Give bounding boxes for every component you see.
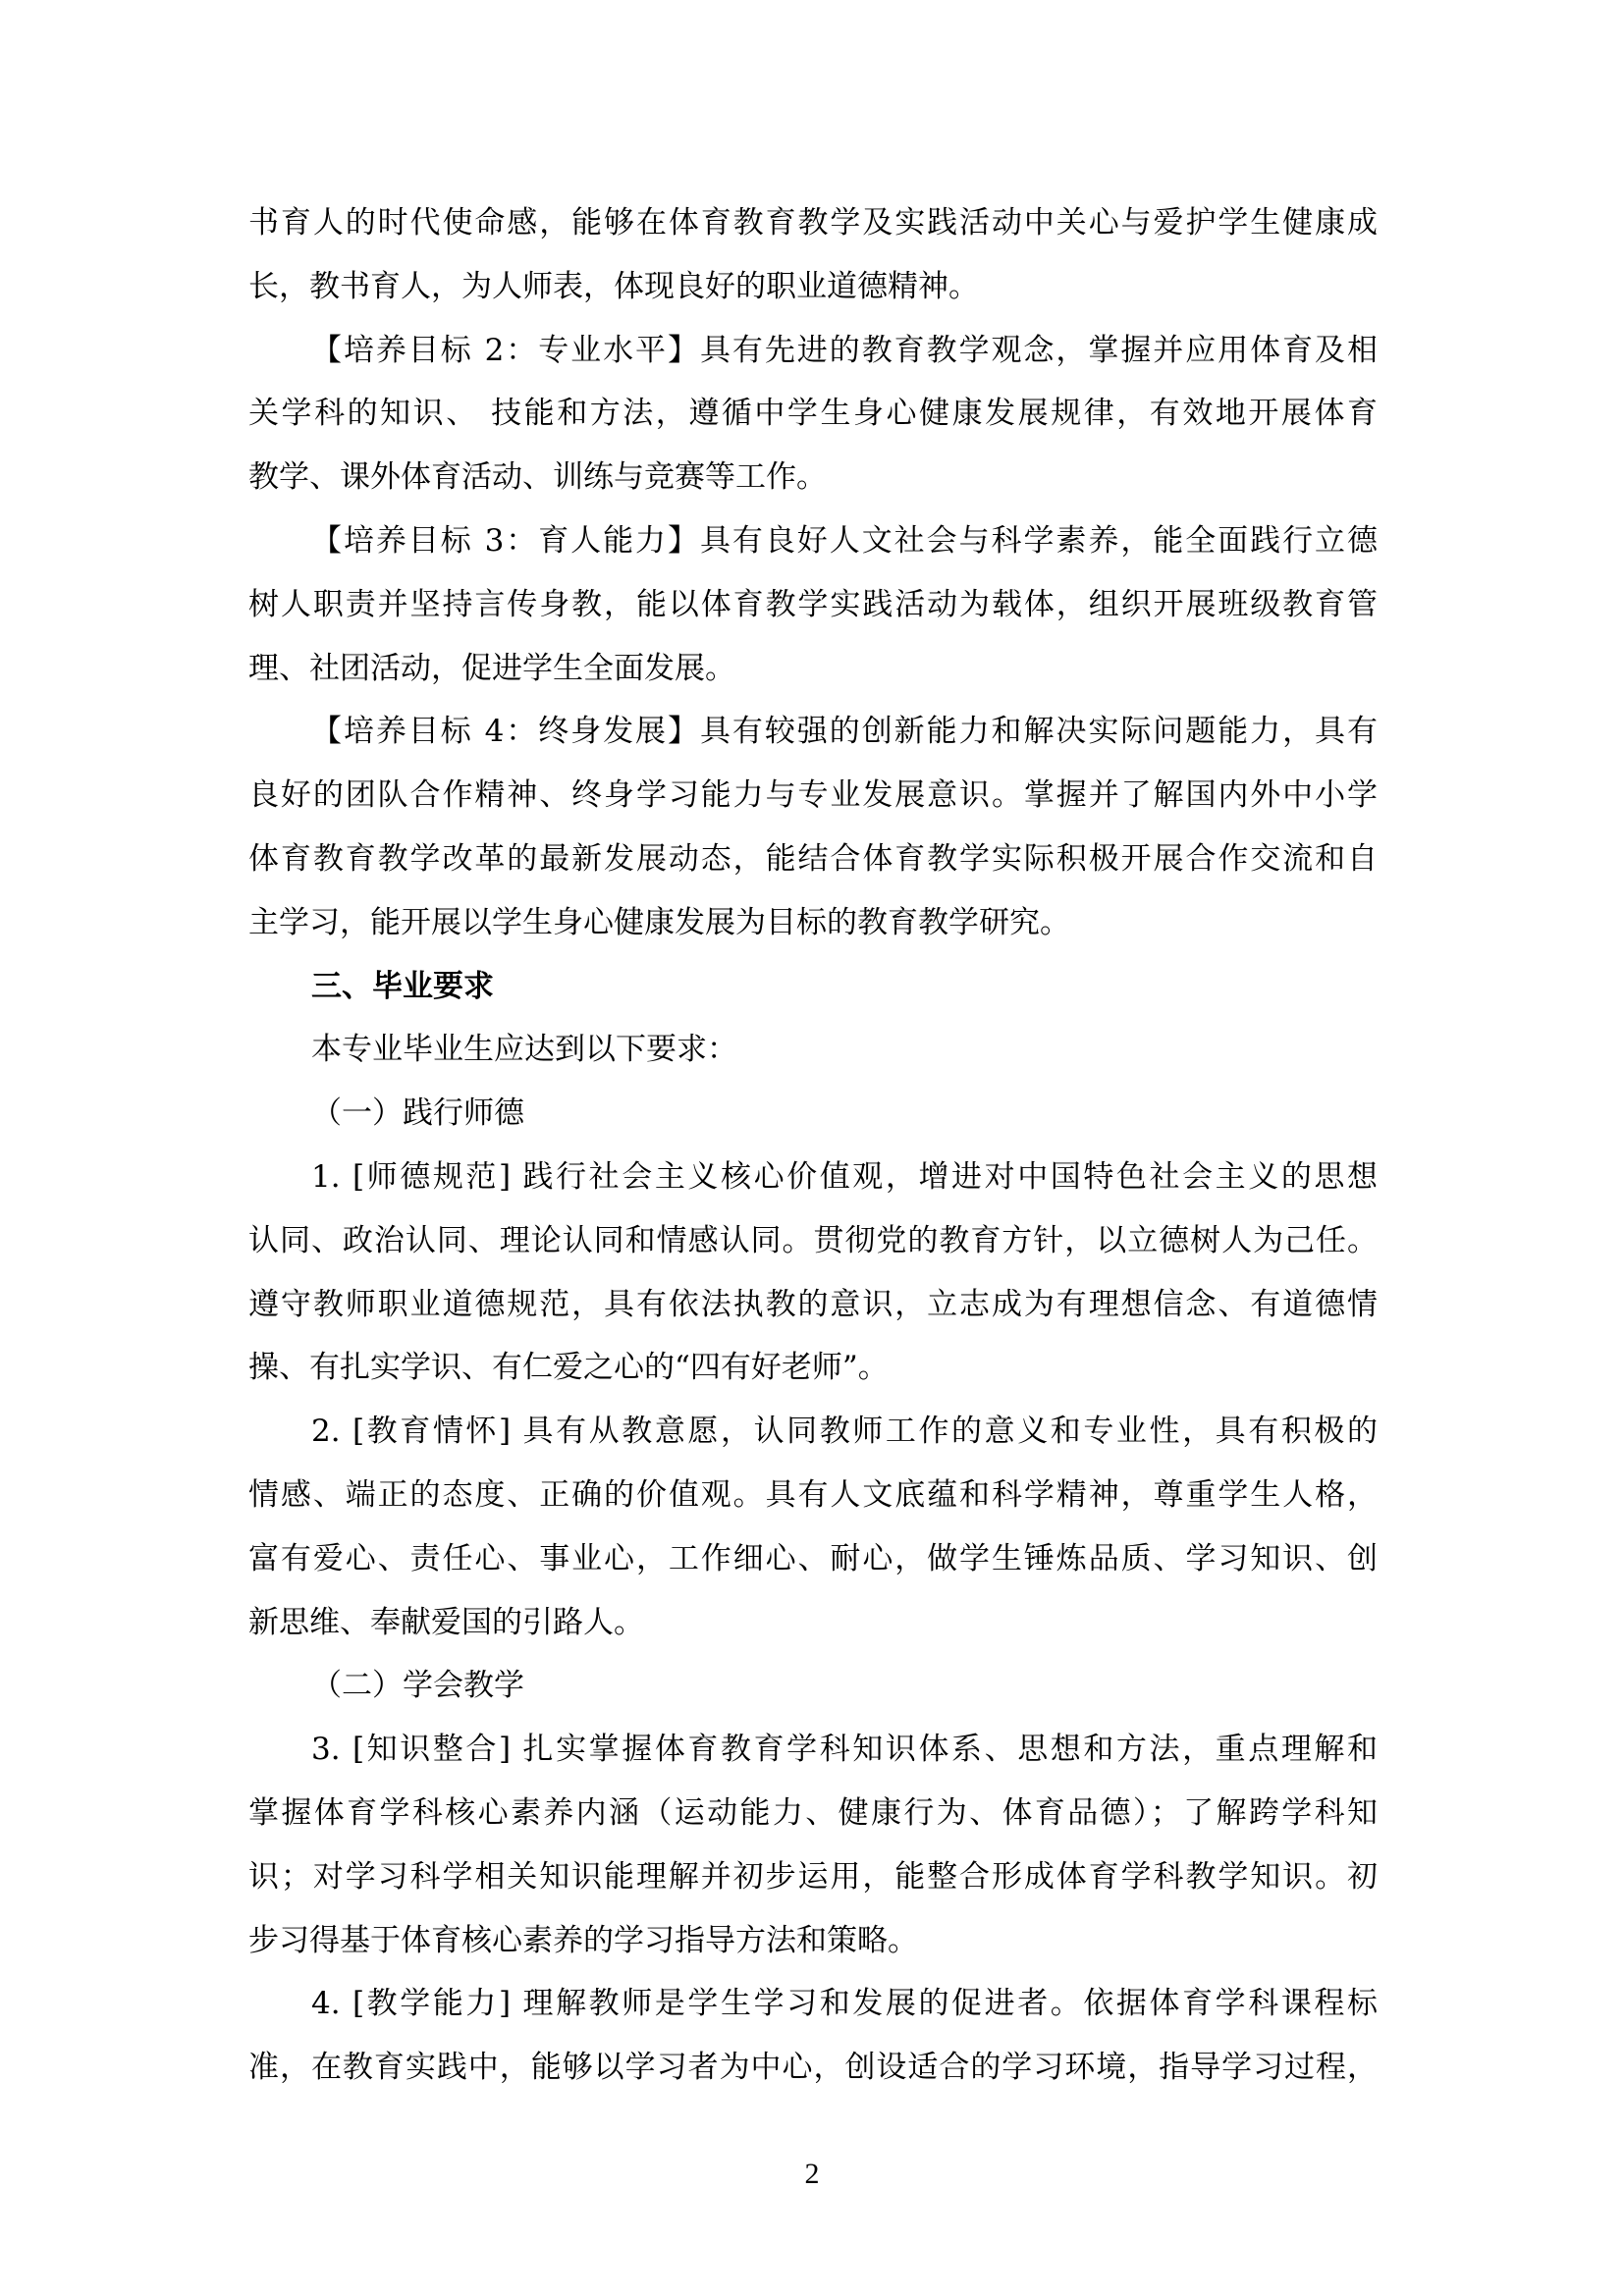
paragraph-item2: 2. [教育情怀] 具有从教意愿，认同教师工作的意义和专业性，具有积极的 情感、… [248, 1400, 1378, 1654]
text-line: 主学习，能开展以学生身心健康发展为目标的教育教学研究。 [248, 891, 1378, 955]
text-line: 良好的团队合作精神、终身学习能力与专业发展意识。掌握并了解国内外中小学 [248, 764, 1378, 828]
text-line: 步习得基于体育核心素养的学习指导方法和策略。 [248, 1909, 1378, 1973]
page-number: 2 [0, 2158, 1624, 2191]
paragraph-item4: 4. [教学能力] 理解教师是学生学习和发展的促进者。依据体育学科课程标 准，在… [248, 1972, 1378, 2100]
text-line: 新思维、奉献爱国的引路人。 [248, 1591, 1378, 1655]
paragraph-item3: 3. [知识整合] 扎实掌握体育教育学科知识体系、思想和方法，重点理解和 掌握体… [248, 1718, 1378, 1972]
text-line: 【培养目标 4：终身发展】具有较强的创新能力和解决实际问题能力，具有 [248, 700, 1378, 764]
text-line: 操、有扎实学识、有仁爱之心的“四有好老师”。 [248, 1336, 1378, 1400]
text-line: 树人职责并坚持言传身教，能以体育教学实践活动为载体，组织开展班级教育管 [248, 573, 1378, 637]
text-line: 掌握体育学科核心素养内涵（运动能力、健康行为、体育品德）；了解跨学科知 [248, 1782, 1378, 1845]
paragraph-goal1-tail: 书育人的时代使命感，能够在体育教育教学及实践活动中关心与爱护学生健康成 长，教书… [248, 191, 1378, 319]
text-line: 2. [教育情怀] 具有从教意愿，认同教师工作的意义和专业性，具有积极的 [248, 1400, 1378, 1464]
text-line: 【培养目标 2：专业水平】具有先进的教育教学观念，掌握并应用体育及相 [248, 319, 1378, 383]
paragraph-item1: 1. [师德规范] 践行社会主义核心价值观，增进对中国特色社会主义的思想 认同、… [248, 1146, 1378, 1400]
text-line: 富有爱心、责任心、事业心，工作细心、耐心，做学生锤炼品质、学习知识、创 [248, 1527, 1378, 1591]
text-line: 准，在教育实践中，能够以学习者为中心，创设适合的学习环境，指导学习过程， [248, 2036, 1378, 2100]
text-line: 长，教书育人，为人师表，体现良好的职业道德精神。 [248, 255, 1378, 319]
text-line: 体育教育教学改革的最新发展动态，能结合体育教学实际积极开展合作交流和自 [248, 828, 1378, 891]
subheading-practice-ethics: （一）践行师德 [248, 1082, 1378, 1146]
subheading-learn-teaching: （二）学会教学 [248, 1654, 1378, 1718]
text-line: 书育人的时代使命感，能够在体育教育教学及实践活动中关心与爱护学生健康成 [248, 191, 1378, 255]
text-line: 关学科的知识、 技能和方法，遵循中学生身心健康发展规律，有效地开展体育 [248, 382, 1378, 446]
paragraph-intro: 本专业毕业生应达到以下要求： [248, 1018, 1378, 1082]
document-body: 书育人的时代使命感，能够在体育教育教学及实践活动中关心与爱护学生健康成 长，教书… [248, 191, 1378, 2100]
text-line: 识；对学习科学相关知识能理解并初步运用，能整合形成体育学科教学知识。初 [248, 1845, 1378, 1909]
document-page: 书育人的时代使命感，能够在体育教育教学及实践活动中关心与爱护学生健康成 长，教书… [0, 0, 1624, 2296]
text-line: 4. [教学能力] 理解教师是学生学习和发展的促进者。依据体育学科课程标 [248, 1972, 1378, 2036]
text-line: 【培养目标 3：育人能力】具有良好人文社会与科学素养，能全面践行立德 [248, 509, 1378, 573]
paragraph-goal3: 【培养目标 3：育人能力】具有良好人文社会与科学素养，能全面践行立德 树人职责并… [248, 509, 1378, 700]
text-line: 遵守教师职业道德规范，具有依法执教的意识，立志成为有理想信念、有道德情 [248, 1273, 1378, 1337]
section-heading-graduation-requirements: 三、毕业要求 [248, 955, 1378, 1019]
paragraph-goal2: 【培养目标 2：专业水平】具有先进的教育教学观念，掌握并应用体育及相 关学科的知… [248, 319, 1378, 509]
paragraph-goal4: 【培养目标 4：终身发展】具有较强的创新能力和解决实际问题能力，具有 良好的团队… [248, 700, 1378, 954]
text-line: 1. [师德规范] 践行社会主义核心价值观，增进对中国特色社会主义的思想 [248, 1146, 1378, 1209]
text-line: 情感、端正的态度、正确的价值观。具有人文底蕴和科学精神，尊重学生人格， [248, 1464, 1378, 1527]
text-line: 教学、课外体育活动、训练与竞赛等工作。 [248, 446, 1378, 509]
text-line: 3. [知识整合] 扎实掌握体育教育学科知识体系、思想和方法，重点理解和 [248, 1718, 1378, 1782]
text-line: 理、社团活动，促进学生全面发展。 [248, 637, 1378, 701]
text-line: 认同、政治认同、理论认同和情感认同。贯彻党的教育方针，以立德树人为己任。 [248, 1209, 1378, 1273]
